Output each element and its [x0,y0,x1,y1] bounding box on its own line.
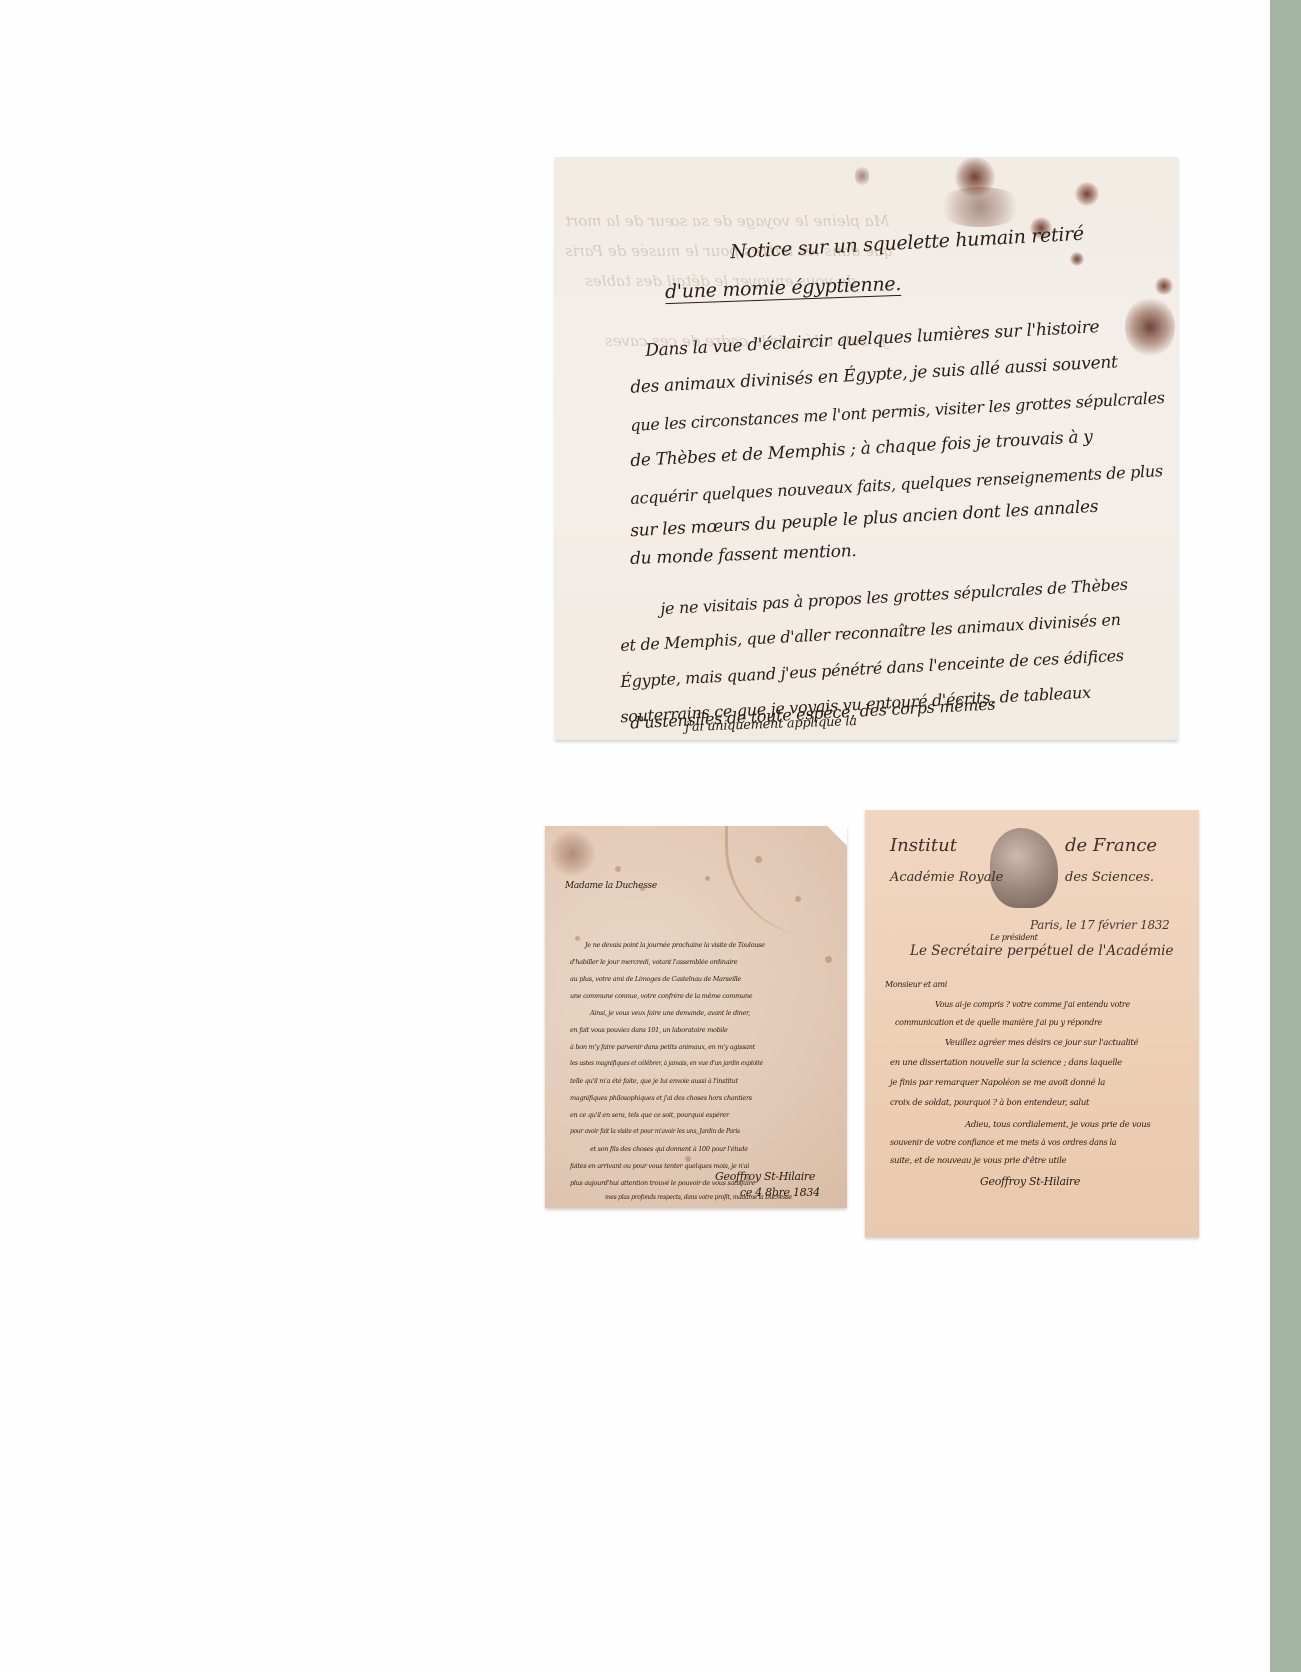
foxing-stain [550,831,595,876]
manuscript-line: des animaux divinisés en Égypte, je suis… [630,352,1118,398]
minerva-head-engraving [990,828,1058,908]
signature: Geoffroy St-Hilaire [980,1175,1080,1188]
letter-duchesse-photo: Madame la Duchesse Je ne devais point la… [545,826,847,1208]
ink-stain [935,187,1025,227]
manuscript-line: je ne visitais pas à propos les grottes … [660,575,1128,618]
manuscript-line: de Thèbes et de Memphis ; à chaque fois … [630,427,1093,471]
manuscript-line: et de Memphis, que d'aller reconnaître l… [620,610,1121,655]
letterhead-academie-royale: Académie Royale [890,870,1003,885]
salutation: Monsieur et ami [885,980,947,989]
title-correction: Le président [990,933,1038,942]
water-stain [725,826,818,936]
letter-institut-photo: Institut de France Académie Royale des S… [865,810,1199,1237]
torn-corner [827,826,847,846]
manuscript-line: du monde fassent mention. [630,541,857,569]
date-line: Paris, le 17 février 1832 [1030,918,1169,932]
manuscript-notice-photo: Ma pleine le voyage de sa sœur de la mor… [555,157,1178,740]
ink-stain [855,165,869,187]
title-line: Le Secrétaire perpétuel de l'Académie [910,943,1174,959]
letterhead-de-france: de France [1065,835,1157,856]
letter-duchesse-signature: Geoffroy St-Hilaire [715,1170,815,1183]
accent-sidebar-band [1270,0,1301,1672]
ink-stain [1075,182,1099,206]
ink-stain [1070,252,1084,266]
ink-stain [1125,297,1175,357]
manuscript-line: Dans la vue d'éclaircir quelques lumière… [645,317,1100,361]
letterhead-des-sciences: des Sciences. [1065,870,1154,885]
letterhead-institut: Institut [890,835,957,856]
ink-stain [1155,277,1173,295]
letter-duchesse-date: ce 4 8bre 1834 [740,1186,820,1199]
salutation: Madame la Duchesse [565,881,657,891]
